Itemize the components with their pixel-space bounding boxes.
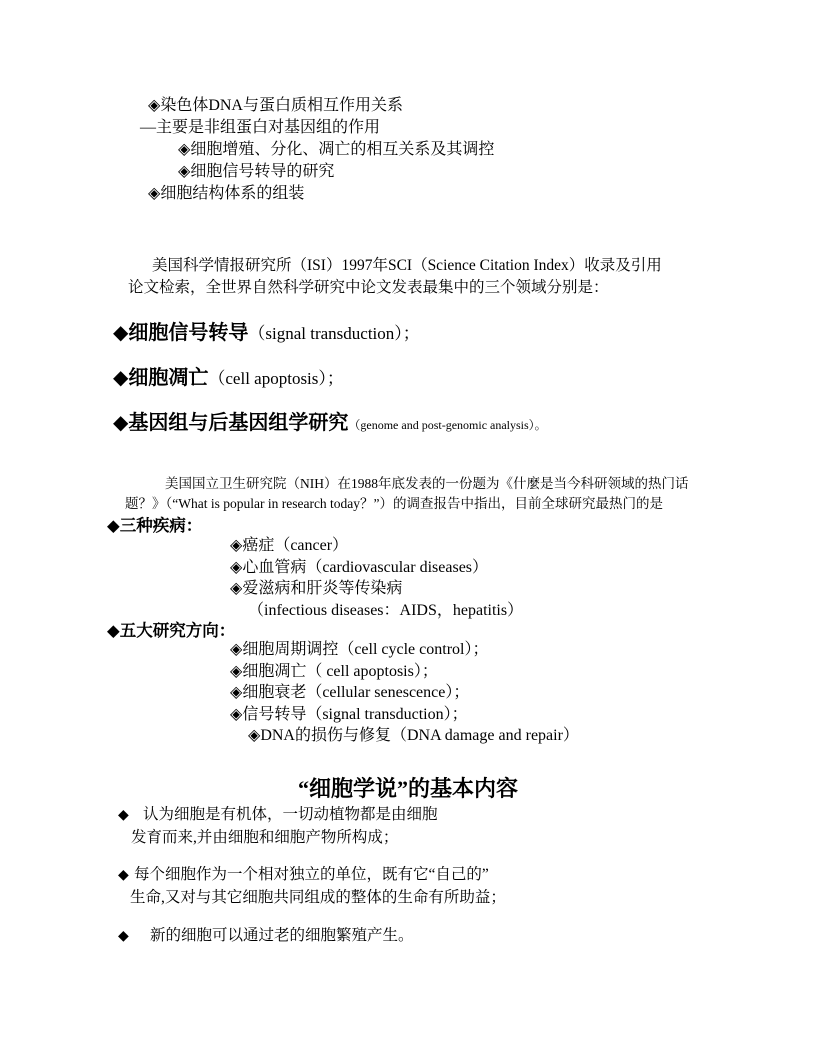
disease-item: ◈癌症（cancer） [0, 535, 523, 557]
black-diamond-bullet-icon: ◆ [113, 367, 128, 389]
cell-theory-point: ◆每个细胞作为一个相对独立的单位，既有它“自己的” 生命,又对与其它细胞共同组成… [118, 864, 506, 908]
nih-paragraph: 美国国立卫生研究院（NIH）在1988年底发表的一份题为《什麼是当今科研领域的热… [125, 474, 689, 514]
point-line: ◆认为细胞是有机体，一切动植物都是由细胞 [118, 804, 438, 827]
black-diamond-bullet-icon: ◆ [113, 412, 128, 434]
diseases-list: ◈癌症（cancer） ◈心血管病（cardiovascular disease… [0, 535, 523, 621]
black-diamond-bullet-icon: ◆ [113, 322, 128, 344]
diamond-bullet-icon: ◈ [230, 684, 242, 701]
direction-item: ◈细胞周期调控（cell cycle control）； [0, 639, 579, 661]
infectious-diseases-note: （infectious diseases：AIDS，hepatitis） [0, 600, 523, 622]
direction-item-text: 细胞衰老（cellular senescence）； [242, 684, 469, 701]
diamond-bullet-icon: ◈ [148, 97, 160, 114]
field-name-zh: 细胞信号转导 [128, 322, 248, 344]
disease-item: ◈爱滋病和肝炎等传染病 [0, 578, 523, 600]
directions-list: ◈细胞周期调控（cell cycle control）； ◈细胞凋亡（ cell… [0, 639, 579, 747]
direction-item: ◈细胞凋亡（ cell apoptosis）； [0, 661, 579, 683]
directions-header: ◆五大研究方向： [107, 617, 235, 641]
diamond-bullet-icon: ◈ [230, 706, 242, 723]
hot-field-item: ◆基因组与后基因组学研究（genome and post-genomic ana… [113, 406, 547, 435]
diamond-bullet-icon: ◈ [178, 141, 190, 158]
list-item: ◈细胞增殖、分化、凋亡的相互关系及其调控 [0, 139, 494, 161]
black-diamond-bullet-icon: ◆ [118, 926, 134, 948]
diamond-bullet-icon: ◈ [230, 559, 242, 576]
list-item-text: 染色体DNA与蛋白质相互作用关系 [160, 97, 403, 114]
list-item-text: 细胞增殖、分化、凋亡的相互关系及其调控 [190, 141, 494, 158]
direction-item: ◈细胞衰老（cellular senescence）； [0, 682, 579, 704]
field-name-zh: 基因组与后基因组学研究 [128, 412, 348, 434]
paragraph-line: 美国国立卫生研究院（NIH）在1988年底发表的一份题为《什麼是当今科研领域的热… [125, 474, 689, 494]
diseases-header: ◆三种疾病： [107, 512, 202, 536]
field-name-en: （cell apoptosis）； [208, 369, 344, 388]
cell-theory-point: ◆认为细胞是有机体，一切动植物都是由细胞 发育而来,并由细胞和细胞产物所构成； [118, 804, 438, 848]
list-item: ◈细胞信号转导的研究 [0, 161, 494, 183]
diamond-bullet-icon: ◈ [148, 185, 160, 202]
diamond-bullet-icon: ◈ [248, 727, 260, 744]
list-item: —主要是非组蛋白对基因组的作用 [0, 117, 494, 139]
point-text: 每个细胞作为一个相对独立的单位，既有它“自己的” [134, 866, 489, 883]
hot-field-item: ◆细胞信号转导（signal transduction）； [113, 316, 420, 345]
point-text: 认为细胞是有机体，一切动植物都是由细胞 [143, 806, 438, 823]
direction-item: ◈信号转导（signal transduction）； [0, 704, 579, 726]
list-item-text: 细胞结构体系的组装 [160, 185, 304, 202]
diamond-bullet-icon: ◈ [230, 537, 242, 554]
paragraph-line: 题？》（“What is popular in research today？”… [125, 494, 689, 514]
point-line: 发育而来,并由细胞和细胞产物所构成； [118, 827, 438, 849]
black-diamond-bullet-icon: ◆ [107, 621, 120, 640]
point-line: 生命,又对与其它细胞共同组成的整体的生命有所助益； [118, 887, 506, 909]
point-text: 新的细胞可以通过老的细胞繁殖产生。 [150, 927, 414, 944]
black-diamond-bullet-icon: ◆ [118, 805, 134, 827]
field-name-en: （genome and post-genomic analysis）。 [348, 418, 546, 432]
direction-item: ◈DNA的损伤与修复（DNA damage and repair） [0, 725, 579, 747]
direction-item-text: DNA的损伤与修复（DNA damage and repair） [260, 727, 579, 744]
disease-item: ◈心血管病（cardiovascular diseases） [0, 557, 523, 579]
black-diamond-bullet-icon: ◆ [107, 516, 120, 535]
direction-item-text: 细胞凋亡（ cell apoptosis）； [242, 663, 438, 680]
list-item-text: 细胞信号转导的研究 [190, 163, 334, 180]
paragraph-line: 论文检索，全世界自然科学研究中论文发表最集中的三个领域分别是： [128, 277, 662, 299]
point-line: ◆新的细胞可以通过老的细胞繁殖产生。 [118, 925, 414, 948]
diamond-bullet-icon: ◈ [230, 580, 242, 597]
point-line: ◆每个细胞作为一个相对独立的单位，既有它“自己的” [118, 864, 506, 887]
diamond-bullet-icon: ◈ [230, 641, 242, 658]
field-name-zh: 细胞凋亡 [128, 367, 208, 389]
disease-item-text: 心血管病（cardiovascular diseases） [242, 559, 488, 576]
isi-paragraph: 美国科学情报研究所（ISI）1997年SCI（Science Citation … [128, 255, 662, 299]
disease-item-text: 癌症（cancer） [242, 537, 348, 554]
paragraph-line: 美国科学情报研究所（ISI）1997年SCI（Science Citation … [128, 255, 662, 277]
black-diamond-bullet-icon: ◆ [118, 865, 134, 887]
hot-field-item: ◆细胞凋亡（cell apoptosis）； [113, 361, 344, 390]
dash-icon: — [140, 119, 156, 136]
list-item: ◈染色体DNA与蛋白质相互作用关系 [0, 95, 494, 117]
document-page: ◈染色体DNA与蛋白质相互作用关系 —主要是非组蛋白对基因组的作用 ◈细胞增殖、… [0, 0, 816, 1056]
cell-theory-point: ◆新的细胞可以通过老的细胞繁殖产生。 [118, 925, 414, 948]
diseases-header-text: 三种疾病： [120, 516, 203, 535]
field-name-en: （signal transduction）； [248, 324, 419, 343]
section-heading: “细胞学说”的基本内容 [0, 772, 816, 803]
research-topics-list: ◈染色体DNA与蛋白质相互作用关系 —主要是非组蛋白对基因组的作用 ◈细胞增殖、… [0, 95, 494, 205]
direction-item-text: 细胞周期调控（cell cycle control）； [242, 641, 488, 658]
directions-header-text: 五大研究方向： [120, 621, 236, 640]
direction-item-text: 信号转导（signal transduction）； [242, 706, 467, 723]
diamond-bullet-icon: ◈ [230, 663, 242, 680]
disease-item-text: 爱滋病和肝炎等传染病 [242, 580, 402, 597]
list-item-text: 主要是非组蛋白对基因组的作用 [156, 119, 380, 136]
diamond-bullet-icon: ◈ [178, 163, 190, 180]
list-item: ◈细胞结构体系的组装 [0, 183, 494, 205]
